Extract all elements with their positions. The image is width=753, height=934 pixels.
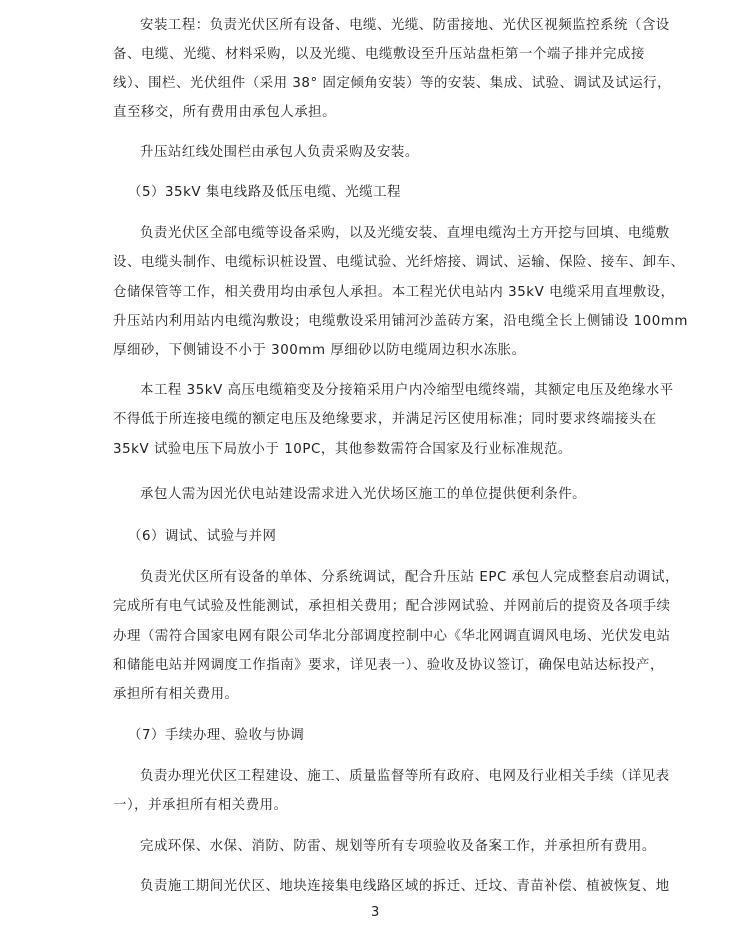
paragraph-line: 一），并承担所有相关费用。	[113, 796, 645, 816]
paragraph-line: 直至移交，所有费用由承包人承担。	[113, 103, 645, 123]
paragraph-line: 承包人需为因光伏电站建设需求进入光伏场区施工的单位提供便利条件。	[140, 485, 645, 505]
paragraph-line: 35kV 试验电压下局放小于 10PC，其他参数需符合国家及行业标准规范。	[113, 440, 645, 460]
paragraph-line: 完成环保、水保、消防、防雷、规划等所有专项验收及备案工作，并承担所有费用。	[140, 837, 645, 857]
paragraph-line: 仓储保管等工作，相关费用均由承包人承担。本工程光伏电站内 35kV 电缆采用直埋…	[113, 283, 645, 303]
paragraph-line: 负责光伏区全部电缆等设备采购，以及光缆安装、直埋电缆沟土方开挖与回填、电缆敷	[140, 224, 645, 244]
paragraph-line: 线）、围栏、光伏组件（采用 38° 固定倾角安装）等的安装、集成、试验、调试及试…	[113, 74, 645, 94]
paragraph-line: 不得低于所连接电缆的额定电压及绝缘要求，并满足污区使用标准；同时要求终端接头在	[113, 410, 645, 430]
paragraph-line: 和储能电站并网调度工作指南》要求，详见表一）、验收及协议签订，确保电站达标投产，	[113, 656, 645, 676]
paragraph-line: 办理（需符合国家电网有限公司华北分部调度控制中心《华北网调直调风电场、光伏发电站	[113, 627, 645, 647]
paragraph-line: 设、电缆头制作、电缆标识桩设置、电缆试验、光纤熔接、调试、运输、保险、接车、卸车…	[113, 253, 645, 273]
section-heading-5: （5）35kV 集电线路及低压电缆、光缆工程	[128, 183, 401, 203]
paragraph-line: 负责施工期间光伏区、地块连接集电线路区域的拆迁、迁坟、青苗补偿、植被恢复、地	[140, 877, 645, 897]
document-page: 安装工程：负责光伏区所有设备、电缆、光缆、防雷接地、光伏区视频监控系统（含设 备…	[0, 0, 753, 934]
paragraph-line: 负责光伏区所有设备的单体、分系统调试，配合升压站 EPC 承包人完成整套启动调试…	[140, 568, 645, 588]
paragraph-line: 负责办理光伏区工程建设、施工、质量监督等所有政府、电网及行业相关手续（详见表	[140, 767, 645, 787]
page-number: 3	[371, 903, 379, 923]
paragraph-line: 安装工程：负责光伏区所有设备、电缆、光缆、防雷接地、光伏区视频监控系统（含设	[140, 16, 645, 36]
paragraph-line: 升压站内利用站内电缆沟敷设；电缆敷设采用铺河沙盖砖方案，沿电缆全长上侧铺设 10…	[113, 312, 645, 332]
paragraph-line: 承担所有相关费用。	[113, 685, 645, 705]
section-heading-6: （6）调试、试验与并网	[128, 527, 276, 547]
paragraph-line: 升压站红线处围栏由承包人负责采购及安装。	[140, 143, 645, 163]
paragraph-line: 厚细砂，下侧铺设不小于 300mm 厚细砂以防电缆周边积水冻胀。	[113, 341, 645, 361]
paragraph-line: 本工程 35kV 高压电缆箱变及分接箱采用户内冷缩型电缆终端，其额定电压及绝缘水…	[140, 381, 645, 401]
paragraph-line: 备、电缆、光缆、材料采购，以及光缆、电缆敷设至升压站盘柜第一个端子排并完成接	[113, 45, 645, 65]
paragraph-line: 完成所有电气试验及性能测试，承担相关费用；配合涉网试验、并网前后的提资及各项手续	[113, 597, 645, 617]
section-heading-7: （7）手续办理、验收与协调	[128, 726, 304, 746]
